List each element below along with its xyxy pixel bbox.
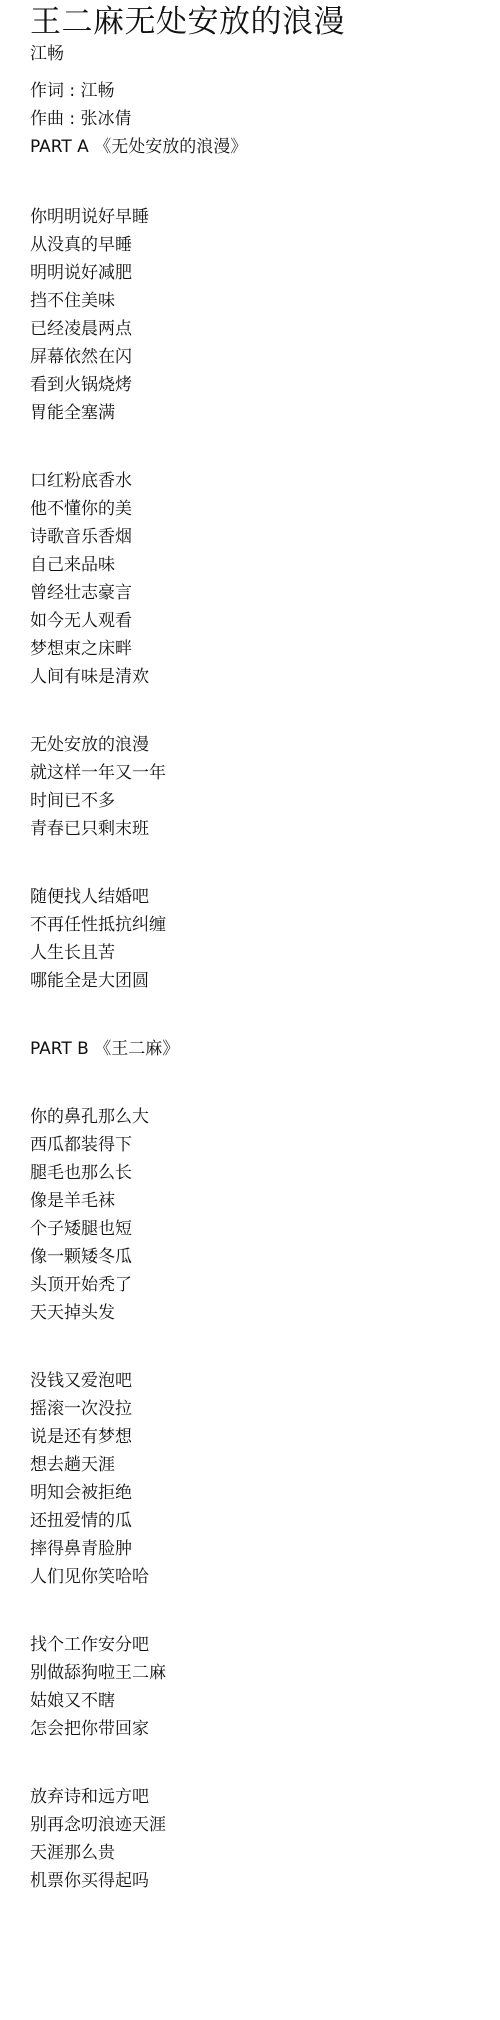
lyric-line: 口红粉底香水 xyxy=(30,467,480,495)
lyric-line: 时间已不多 xyxy=(30,787,480,815)
lyric-line: 诗歌音乐香烟 xyxy=(30,523,480,551)
artist-name: 江畅 xyxy=(30,42,480,66)
part-a-chorus-2: 随便找人结婚吧不再任性抵抗纠缠人生长且苦哪能全是大团圆 xyxy=(30,883,480,995)
lyric-line: 梦想束之床畔 xyxy=(30,635,480,663)
lyric-line: 随便找人结婚吧 xyxy=(30,883,480,911)
part-a-verse-1: 你明明说好早睡从没真的早睡明明说好减肥挡不住美味已经凌晨两点屏幕依然在闪看到火锅… xyxy=(30,203,480,427)
lyric-line: 别做舔狗啦王二麻 xyxy=(30,1659,480,1687)
lyric-line: 你的鼻孔那么大 xyxy=(30,1103,480,1131)
lyric-line: 想去趟天涯 xyxy=(30,1451,480,1479)
lyric-line: 看到火锅烧烤 xyxy=(30,371,480,399)
lyric-line: 青春已只剩末班 xyxy=(30,815,480,843)
lyric-line: 已经凌晨两点 xyxy=(30,315,480,343)
lyrics: 你明明说好早睡从没真的早睡明明说好减肥挡不住美味已经凌晨两点屏幕依然在闪看到火锅… xyxy=(30,203,480,1895)
lyric-line: 挡不住美味 xyxy=(30,287,480,315)
lyric-line: 腿毛也那么长 xyxy=(30,1159,480,1187)
lyric-line: PART B 《王二麻》 xyxy=(30,1035,480,1063)
credit-lyricist: 作词 : 江畅 xyxy=(30,77,480,105)
lyric-line: 个子矮腿也短 xyxy=(30,1215,480,1243)
lyrics-page: 王二麻无处安放的浪漫 江畅 作词 : 江畅 作曲 : 张冰倩 PART A 《无… xyxy=(0,0,500,1895)
part-a-chorus-1: 无处安放的浪漫就这样一年又一年时间已不多青春已只剩末班 xyxy=(30,731,480,843)
credit-composer: 作曲 : 张冰倩 xyxy=(30,105,480,133)
lyric-line: 明知会被拒绝 xyxy=(30,1479,480,1507)
lyric-line: 放弃诗和远方吧 xyxy=(30,1783,480,1811)
lyric-line: 怎会把你带回家 xyxy=(30,1715,480,1743)
part-b-heading: PART B 《王二麻》 xyxy=(30,1035,480,1063)
lyric-line: 不再任性抵抗纠缠 xyxy=(30,911,480,939)
part-a-heading: PART A 《无处安放的浪漫》 xyxy=(30,133,480,161)
lyric-line: 西瓜都装得下 xyxy=(30,1131,480,1159)
lyric-line: 头顶开始秃了 xyxy=(30,1271,480,1299)
lyric-line: 天涯那么贵 xyxy=(30,1839,480,1867)
lyric-line: 人生长且苦 xyxy=(30,939,480,967)
lyric-line: 人们见你笑哈哈 xyxy=(30,1563,480,1591)
lyric-line: 姑娘又不瞎 xyxy=(30,1687,480,1715)
lyric-line: 天天掉头发 xyxy=(30,1299,480,1327)
lyric-line: 你明明说好早睡 xyxy=(30,203,480,231)
part-b-chorus-2: 放弃诗和远方吧别再念叨浪迹天涯天涯那么贵机票你买得起吗 xyxy=(30,1783,480,1895)
lyric-line: 无处安放的浪漫 xyxy=(30,731,480,759)
lyric-line: 如今无人观看 xyxy=(30,607,480,635)
lyric-line: 曾经壮志豪言 xyxy=(30,579,480,607)
song-credits: 作词 : 江畅 作曲 : 张冰倩 PART A 《无处安放的浪漫》 xyxy=(30,77,480,161)
lyric-line: 哪能全是大团圆 xyxy=(30,967,480,995)
lyric-line: 没钱又爱泡吧 xyxy=(30,1367,480,1395)
lyric-line: 还扭爱情的瓜 xyxy=(30,1507,480,1535)
lyric-line: 说是还有梦想 xyxy=(30,1423,480,1451)
lyric-line: 找个工作安分吧 xyxy=(30,1631,480,1659)
part-b-chorus-1: 找个工作安分吧别做舔狗啦王二麻姑娘又不瞎怎会把你带回家 xyxy=(30,1631,480,1743)
lyric-line: 摔得鼻青脸肿 xyxy=(30,1535,480,1563)
lyric-line: 摇滚一次没拉 xyxy=(30,1395,480,1423)
lyric-line: 像是羊毛袜 xyxy=(30,1187,480,1215)
lyric-line: 就这样一年又一年 xyxy=(30,759,480,787)
lyric-line: 他不懂你的美 xyxy=(30,495,480,523)
part-b-verse-2: 没钱又爱泡吧摇滚一次没拉说是还有梦想想去趟天涯明知会被拒绝还扭爱情的瓜摔得鼻青脸… xyxy=(30,1367,480,1591)
lyric-line: 别再念叨浪迹天涯 xyxy=(30,1811,480,1839)
lyric-line: 胃能全塞满 xyxy=(30,399,480,427)
part-b-verse-1: 你的鼻孔那么大西瓜都装得下腿毛也那么长像是羊毛袜个子矮腿也短像一颗矮冬瓜头顶开始… xyxy=(30,1103,480,1327)
lyric-line: 机票你买得起吗 xyxy=(30,1867,480,1895)
song-title: 王二麻无处安放的浪漫 xyxy=(30,2,480,42)
lyric-line: 明明说好减肥 xyxy=(30,259,480,287)
lyric-line: 屏幕依然在闪 xyxy=(30,343,480,371)
lyric-line: 像一颗矮冬瓜 xyxy=(30,1243,480,1271)
lyric-line: 人间有味是清欢 xyxy=(30,663,480,691)
lyric-line: 自己来品味 xyxy=(30,551,480,579)
part-a-verse-2: 口红粉底香水他不懂你的美诗歌音乐香烟自己来品味曾经壮志豪言如今无人观看梦想束之床… xyxy=(30,467,480,691)
lyric-line: 从没真的早睡 xyxy=(30,231,480,259)
